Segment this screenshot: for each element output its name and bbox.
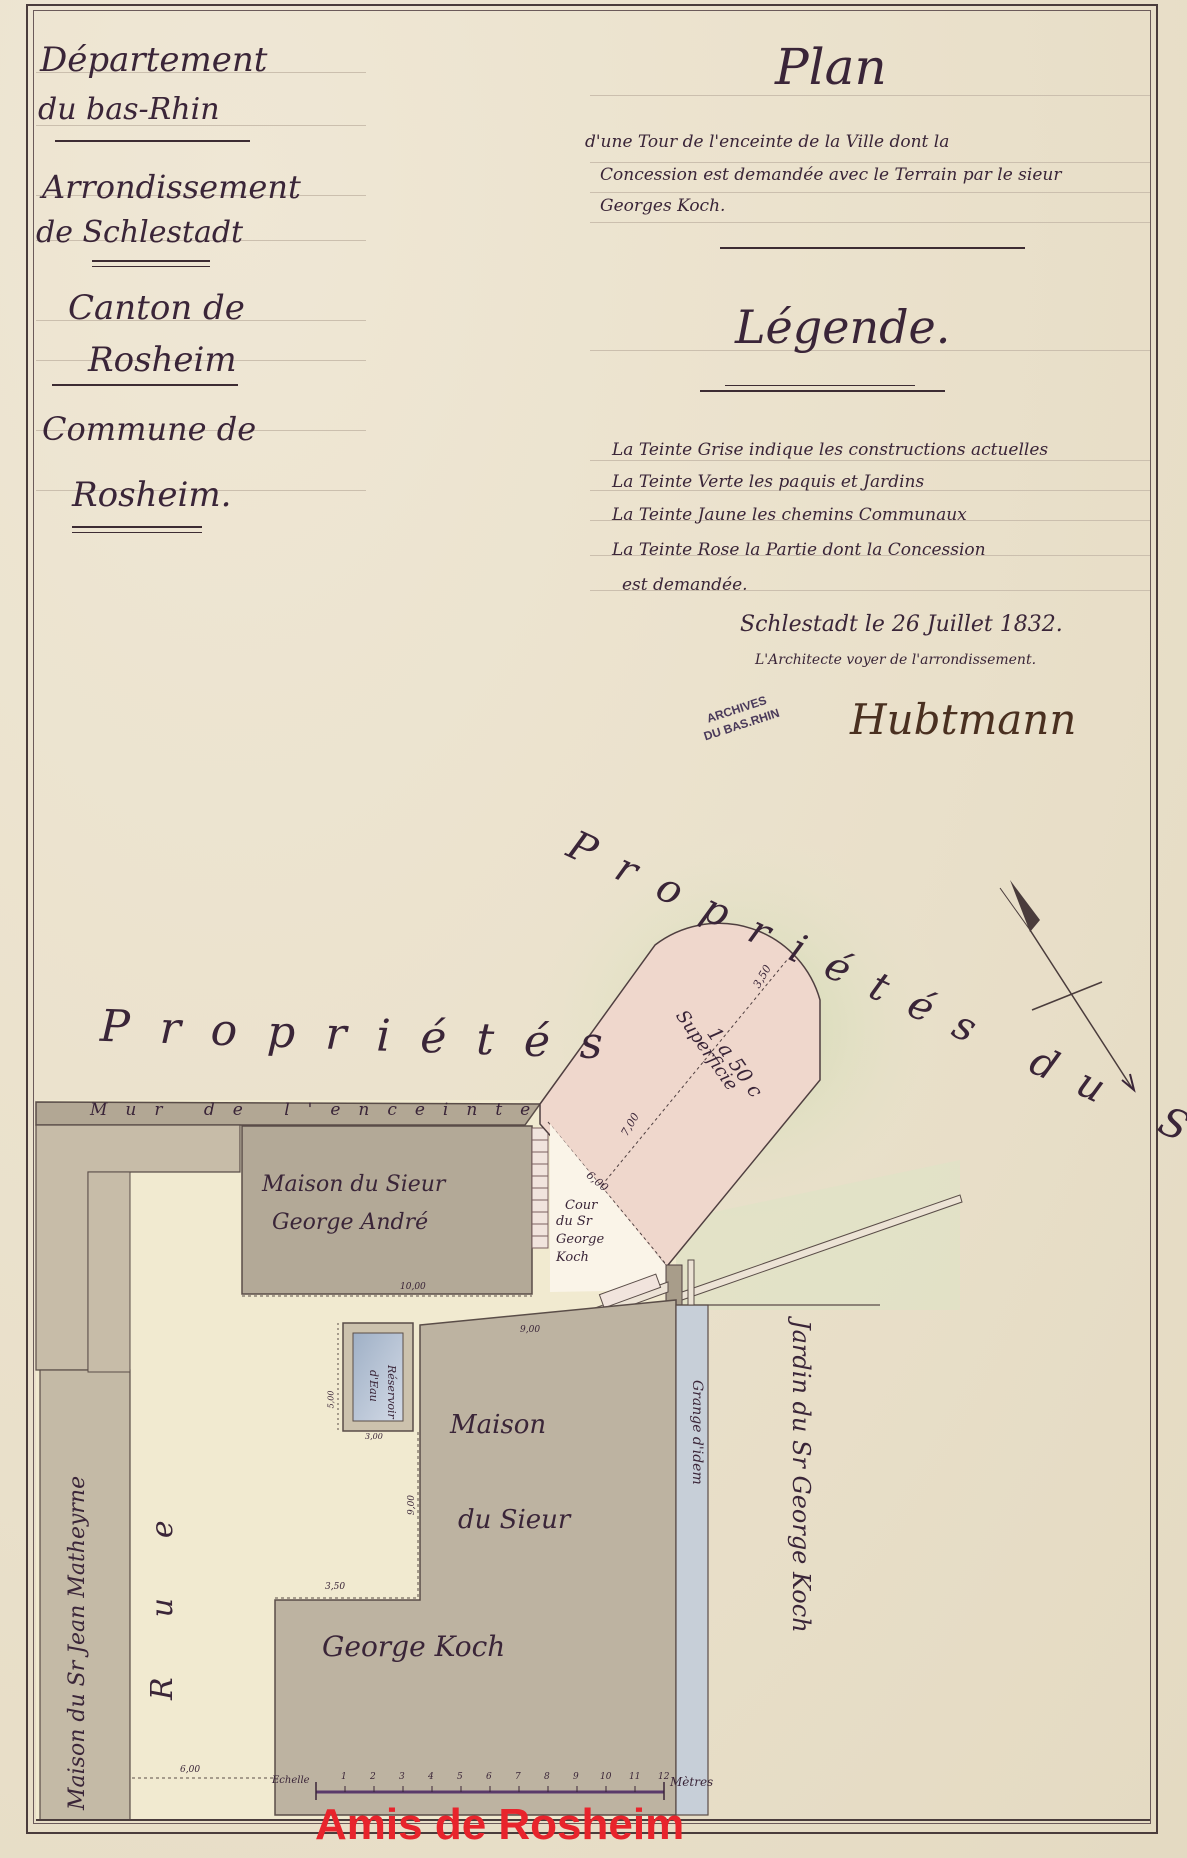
- maison-koch-label-2: du Sieur: [458, 1505, 570, 1535]
- dim-andre-width: 10,00: [400, 1282, 426, 1292]
- scale-tick: 7: [515, 1772, 521, 1782]
- scale-tick: 12: [658, 1772, 669, 1782]
- scale-label-right: Mètres: [670, 1775, 713, 1789]
- scale-tick: 10: [600, 1772, 611, 1782]
- cour-label-4: Koch: [556, 1250, 589, 1265]
- maison-matheyrne-label: Maison du Sr Jean Matheyrne: [65, 1476, 90, 1810]
- jardin-label: Jardin du Sr George Koch: [787, 1320, 815, 1633]
- reservoir-label-1: Réservoir: [385, 1365, 398, 1419]
- reservoir-label-2: d'Eau: [367, 1370, 380, 1402]
- scale-tick: 4: [428, 1772, 434, 1782]
- scale-tick: 6: [486, 1772, 492, 1782]
- scale-tick: 8: [544, 1772, 550, 1782]
- gate-post: [688, 1260, 694, 1305]
- reservoir-dim-bottom: 3,00: [365, 1432, 383, 1441]
- cour-label-2: du Sr: [556, 1214, 592, 1229]
- left-property-strip: [88, 1172, 130, 1372]
- scale-tick: 1: [341, 1772, 347, 1782]
- reservoir-dim-side: 5,00: [326, 1391, 335, 1409]
- dim-house-side: 9,00: [407, 1495, 417, 1515]
- scale-tick: 11: [629, 1772, 640, 1782]
- scale-tick: 5: [457, 1772, 463, 1782]
- staircase: [532, 1128, 548, 1248]
- rue-label: Rue: [145, 1460, 180, 1700]
- scale-tick: 3: [399, 1772, 405, 1782]
- dim-passage: 9,00: [520, 1325, 540, 1335]
- maison-koch-label-3: George Koch: [322, 1630, 505, 1663]
- maison-koch-label-1: Maison: [450, 1410, 546, 1440]
- scale-label-left: Echelle: [272, 1775, 310, 1786]
- maison-andre-label-2: George André: [272, 1210, 428, 1235]
- watermark-text: Amis de Rosheim: [315, 1800, 684, 1850]
- cour-label-1: Cour: [565, 1198, 597, 1213]
- maison-andre-label-1: Maison du Sieur: [262, 1172, 445, 1197]
- cour-label-3: George: [556, 1232, 604, 1247]
- dim-house-step: 3,50: [325, 1582, 345, 1592]
- scale-tick: 2: [370, 1772, 376, 1782]
- dim-rue-width: 6,00: [180, 1765, 200, 1775]
- grange-label: Grange d'idem: [689, 1380, 705, 1485]
- scale-tick: 9: [573, 1772, 579, 1782]
- mur-enceinte-label: Mur de l'enceinte: [90, 1100, 548, 1120]
